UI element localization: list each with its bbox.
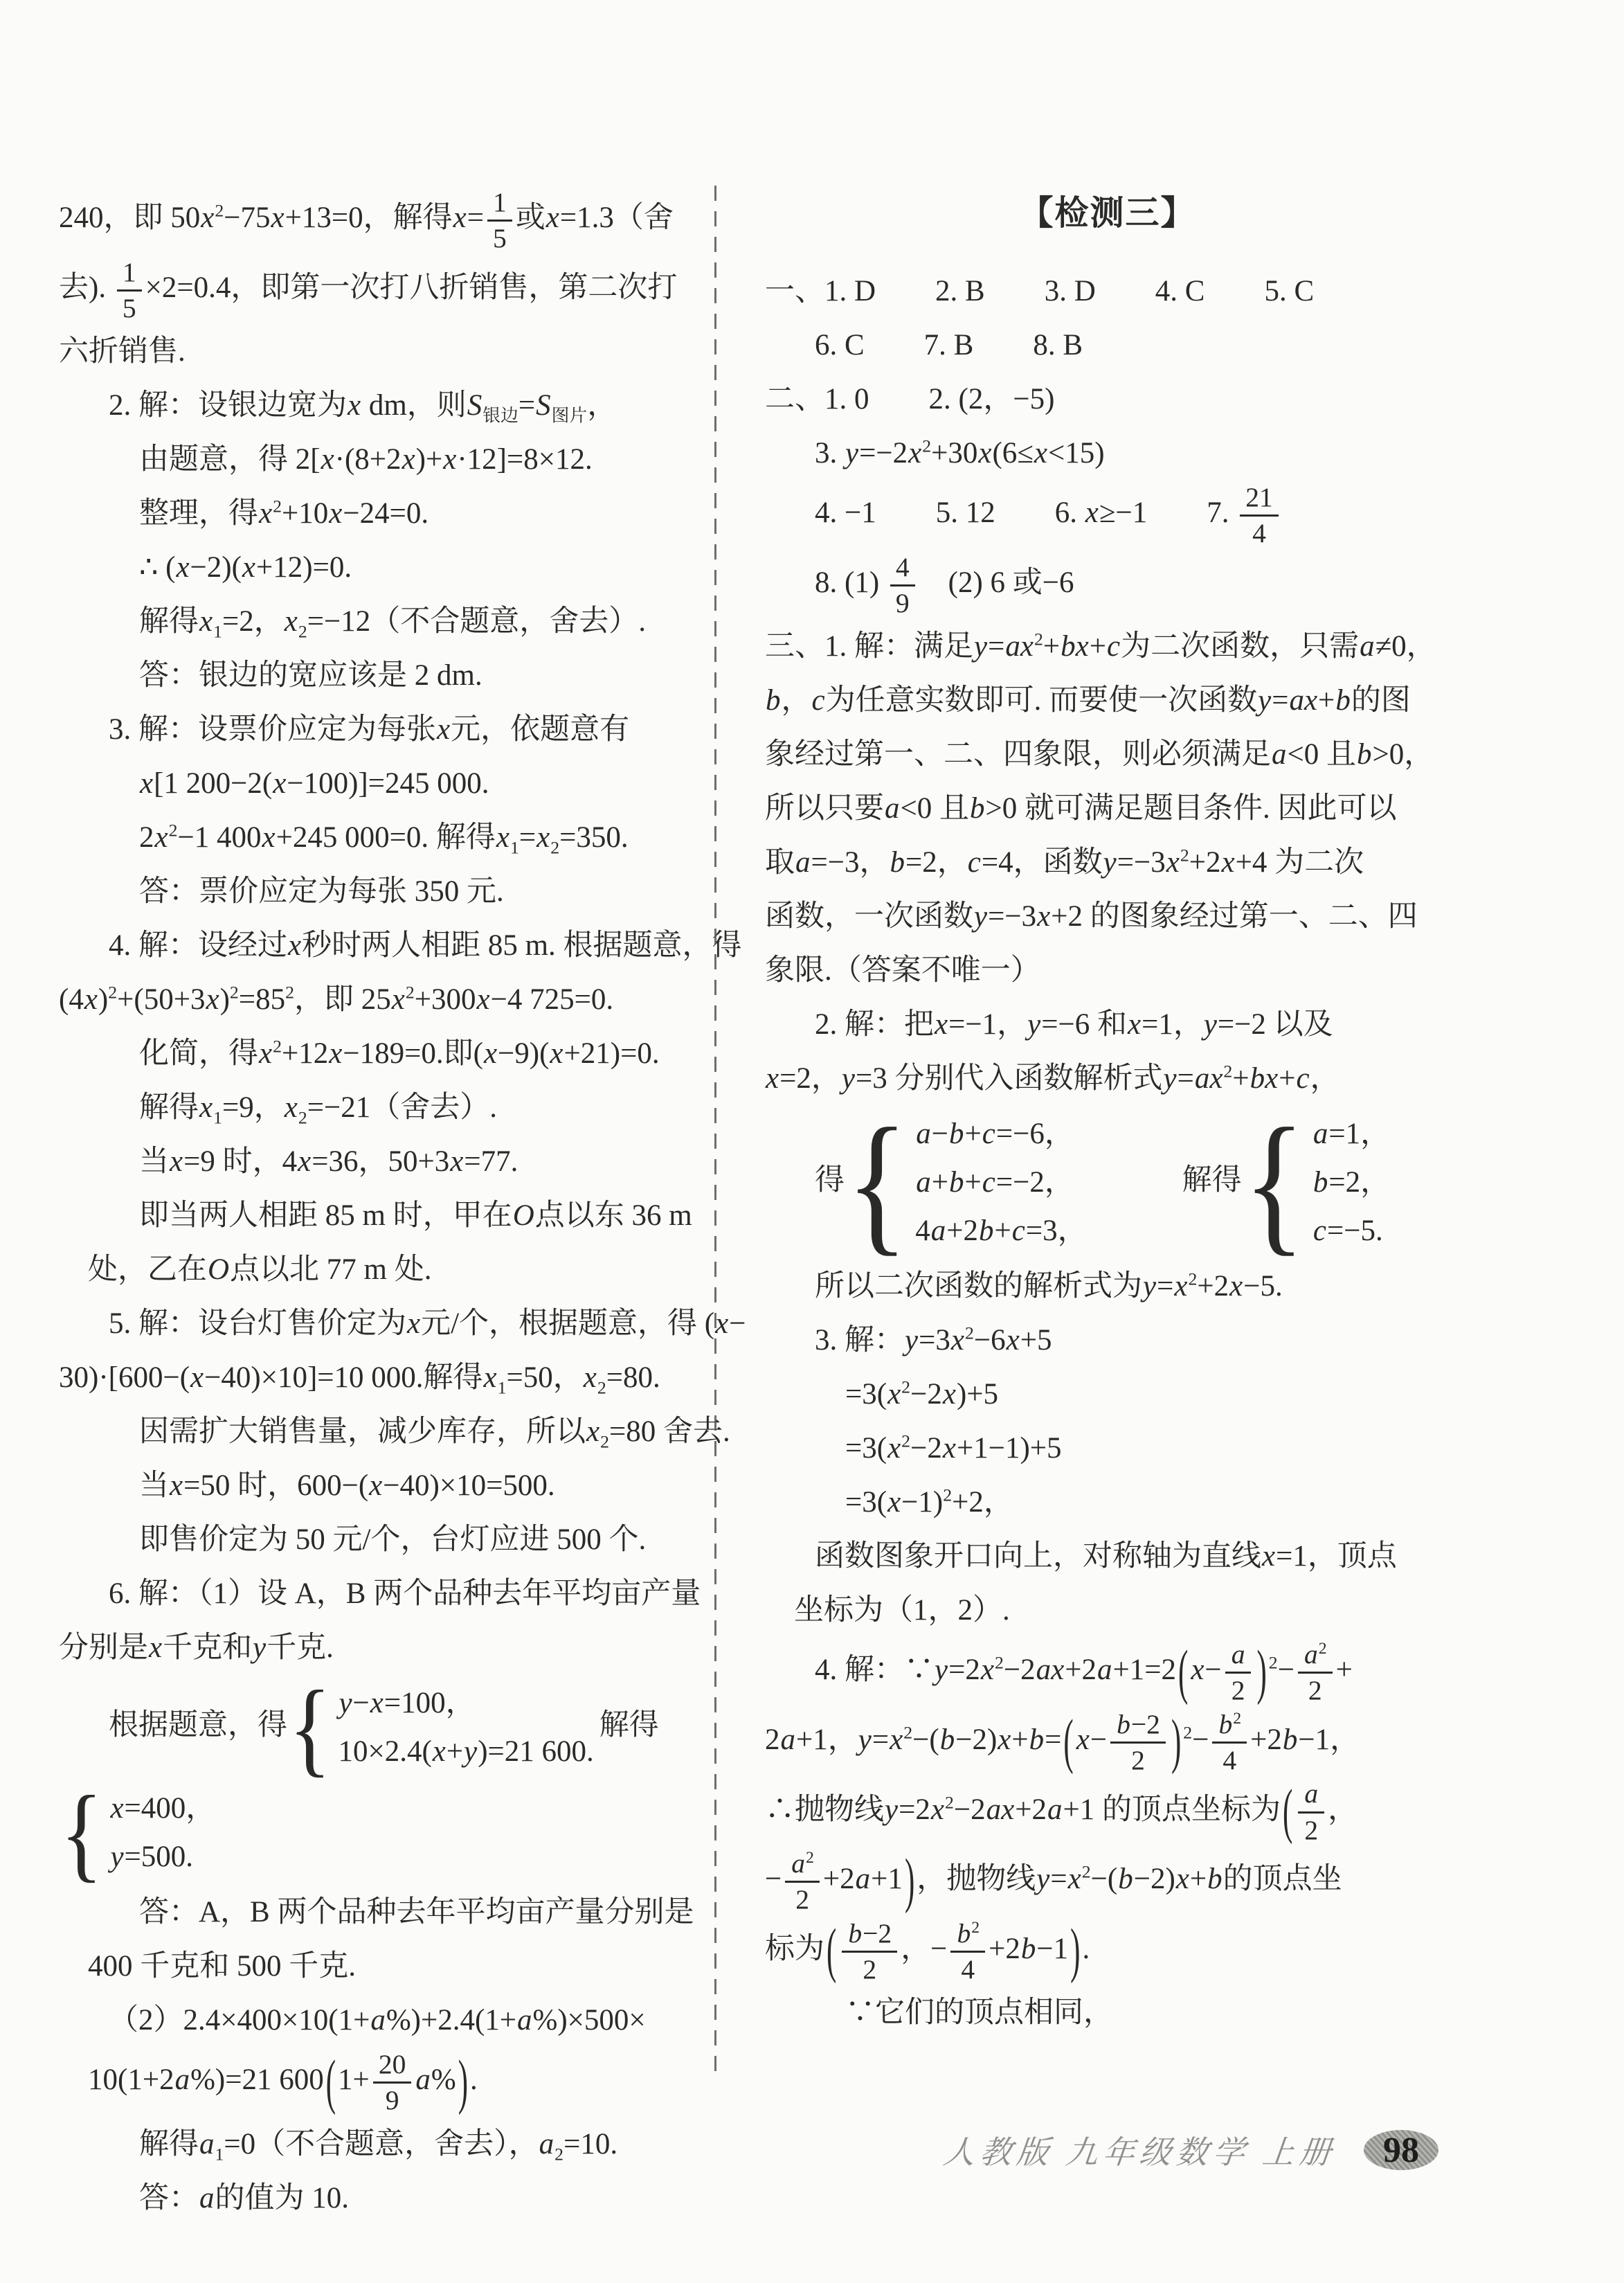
math-variable: x <box>1261 1540 1276 1573</box>
text-line: 一、1. D 2. B 3. D 4. C 5. C <box>765 265 1575 319</box>
system-row: 4a+2b+c=3， <box>915 1207 1087 1255</box>
text-segment: ∴ (x−2)(x+12)=0. <box>139 551 352 584</box>
math-variable: a <box>930 1215 947 1247</box>
text-line: 取a=−3，b=2，c=4，函数y=−3x2+2x+4 为二次 <box>765 836 1575 890</box>
subscript: 1 <box>510 838 519 858</box>
text-segment: x[1 200−2(x−100)]=245 000. <box>139 767 489 800</box>
math-variable: c <box>967 846 982 879</box>
math-variable: x <box>328 497 343 530</box>
superscript: 2 <box>1319 1640 1327 1658</box>
math-variable: y <box>884 1793 899 1826</box>
superscript: 2 <box>901 1377 910 1397</box>
text-line: 8. (1) 49 (2) 6 或−6 <box>815 550 1575 620</box>
math-variable: x <box>1175 1863 1190 1895</box>
text-segment: 解得x1=9，x2=−21（舍去）. <box>139 1091 497 1124</box>
text-segment: 函数图象开口向上，对称轴为直线x=1，顶点 <box>815 1540 1397 1573</box>
text-segment: 得 <box>815 1164 845 1197</box>
math-variable: x <box>432 1735 446 1768</box>
math-variable: a <box>1312 1118 1329 1150</box>
text-segment: 因需扩大销售量，减少库存，所以x2=80 舍去. <box>139 1415 730 1448</box>
math-variable: x <box>347 389 361 422</box>
system-rows: y−x=100，10×2.4(x+y)=21 600. <box>338 1679 593 1776</box>
subscript: 1 <box>213 1108 222 1128</box>
math-variable: x <box>950 1324 965 1357</box>
fraction-denominator: 5 <box>487 222 512 253</box>
math-variable: x <box>368 1469 383 1502</box>
math-variable: ax <box>1288 684 1318 717</box>
math-variable: a <box>780 1724 797 1756</box>
math-variable: x <box>205 983 219 1016</box>
edition-label: 人教版 九年级数学 上册 <box>941 2127 1339 2173</box>
text-line: 2. 解：设银边宽为x dm，则S银边=S图片， <box>109 379 696 433</box>
text-segment: 6. C 7. B 8. B <box>815 329 1083 361</box>
fraction-denominator: 2 <box>785 1883 820 1915</box>
fraction: 15 <box>487 187 512 254</box>
text-segment: 解得x1=2，x2=−12（不合题意，舍去）. <box>139 605 646 638</box>
subscript: 银边 <box>482 406 518 426</box>
subscript: 1 <box>498 1378 507 1398</box>
system-row: x=400， <box>109 1784 215 1833</box>
math-variable: a <box>370 2004 386 2036</box>
text-segment: 化简，得x2+12x−189=0.即(x−9)(x+21)=0. <box>139 1037 660 1070</box>
subscript: 2 <box>298 622 307 642</box>
big-paren: ( <box>824 1897 838 2007</box>
text-segment: =3(x2−2x)+5 <box>845 1378 998 1411</box>
math-variable: x <box>1067 1863 1082 1895</box>
text-segment: 函数，一次函数y=−3x+2 的图象经过第一、二、四 <box>765 900 1418 933</box>
text-line: 象经过第一、二、四象限，则必须满足a<0 且b>0， <box>765 728 1575 782</box>
math-variable: x <box>199 605 213 638</box>
fraction-numerator: a2 <box>785 1848 820 1883</box>
text-segment: 30)·[600−(x−40)×10]=10 000.解得x1=50，x2=80… <box>59 1361 660 1394</box>
system-brace: { <box>846 1116 908 1249</box>
subscript: 1 <box>215 2144 224 2164</box>
math-variable: b <box>1282 1724 1299 1756</box>
big-paren: ) <box>1068 1897 1082 2007</box>
math-variable: x <box>284 605 298 638</box>
text-segment: 6. 解：（1）设 A，B 两个品种去年平均亩产量 <box>109 1577 701 1610</box>
text-line: 函数，一次函数y=−3x+2 的图象经过第一、二、四 <box>765 890 1575 944</box>
math-variable: S <box>467 389 483 422</box>
text-line: 30)·[600−(x−40)×10]=10 000.解得x1=50，x2=80… <box>59 1351 696 1405</box>
text-segment: 2x2−1 400x+245 000=0. 解得x1=x2=350. <box>139 821 629 854</box>
text-segment: 4. −1 5. 12 6. x≥−1 7. 214 <box>815 496 1282 529</box>
math-variable: x <box>199 1091 213 1124</box>
math-variable: x <box>449 1145 464 1178</box>
text-line: 答：票价应定为每张 350 元. <box>139 865 696 919</box>
math-variable: x <box>287 929 302 962</box>
text-segment: 2. 解：设银边宽为x dm，则S银边=S图片， <box>109 389 617 422</box>
fraction-denominator: 2 <box>1110 1744 1166 1775</box>
text-line: 6. C 7. B 8. B <box>815 319 1575 373</box>
superscript: 2 <box>273 1037 282 1057</box>
text-line: (4x)2+(50+3x)2=852，即 25x2+300x−4 725=0. <box>59 973 696 1027</box>
math-variable: a <box>516 2004 533 2036</box>
math-variable: x <box>889 1724 903 1756</box>
page-number: 98 <box>1383 2130 1419 2171</box>
text-line: 10(1+2a%)=21 600(1+209a%). <box>88 2048 696 2118</box>
math-variable: x <box>169 1469 183 1502</box>
math-variable: y <box>1162 1062 1177 1095</box>
math-variable: b <box>1356 738 1373 771</box>
math-variable: y <box>1027 1008 1041 1041</box>
fraction-denominator: 2 <box>1298 1814 1324 1845</box>
fraction-denominator: 9 <box>373 2084 412 2115</box>
text-segment: 3. 解：y=3x2−6x+5 <box>815 1324 1052 1357</box>
text-line: x[1 200−2(x−100)]=245 000. <box>139 757 696 811</box>
text-segment: 根据题意，得 <box>109 1709 287 1742</box>
math-variable: a <box>415 2063 431 2096</box>
math-variable: x <box>549 1037 563 1070</box>
fraction-denominator: 4 <box>1212 1744 1247 1775</box>
text-segment: b，c为任意实数即可. 而要使一次函数y=ax+b的图 <box>765 684 1411 717</box>
text-segment: 去). 15×2=0.4，即第一次打八折销售，第二次打 <box>59 271 677 304</box>
text-segment: 六折销售. <box>59 335 186 368</box>
math-variable: b <box>1117 1863 1134 1895</box>
fraction-denominator: 2 <box>842 1953 897 1985</box>
fraction: a22 <box>785 1848 820 1915</box>
math-variable: b <box>978 1215 995 1247</box>
fraction-numerator: 1 <box>117 257 142 292</box>
right-column-body: 一、1. D 2. B 3. D 4. C 5. C6. C 7. B 8. B… <box>765 265 1575 2040</box>
math-variable: x <box>436 713 451 746</box>
math-variable: y <box>841 1062 856 1095</box>
math-variable: bx <box>1249 1062 1279 1095</box>
equation-system: {y−x=100，10×2.4(x+y)=21 600. <box>289 1679 594 1776</box>
text-segment: 象限.（答案不唯一） <box>765 954 1040 987</box>
equation-system: {a=1，b=2，c=−5. <box>1243 1110 1391 1255</box>
math-variable: x <box>272 767 287 800</box>
math-variable: x <box>1085 496 1099 529</box>
text-segment: 答：银边的宽应该是 2 dm. <box>139 659 482 692</box>
math-variable: x <box>483 1037 498 1070</box>
text-segment: 所以只要a<0 且b>0 就可满足题目条件. 因此可以 <box>765 792 1397 825</box>
big-paren: ) <box>456 2028 470 2139</box>
text-segment: =3(x−1)2+2， <box>845 1486 1013 1519</box>
text-line: 240，即 50x2−75x+13=0，解得x=15或x=1.3（舍 <box>59 186 696 256</box>
text-line: 2a+1，y=x2−(b−2)x+b=(x−b−22)2−b24+2b−1， <box>765 1708 1575 1778</box>
fraction: b−22 <box>1110 1709 1166 1776</box>
math-variable: x <box>391 983 406 1016</box>
fraction-numerator: a <box>1225 1639 1252 1674</box>
text-segment: 三、1. 解：满足y=ax2+bx+c为二次函数，只需a≠0， <box>765 630 1436 663</box>
math-variable: a <box>539 2128 555 2160</box>
math-variable: x <box>476 983 491 1016</box>
math-variable: x <box>190 1361 204 1394</box>
math-variable: y <box>463 1735 478 1768</box>
math-variable: x <box>297 1145 312 1178</box>
math-variable: x <box>765 1062 779 1095</box>
text-segment: 分别是x千克和y千克. <box>59 1631 334 1664</box>
math-variable: c <box>1312 1215 1327 1247</box>
text-line: 根据题意，得{y−x=100，10×2.4(x+y)=21 600.解得 <box>109 1675 696 1780</box>
superscript: 2 <box>230 983 239 1003</box>
math-variable: a <box>915 1166 932 1199</box>
superscript: 2 <box>945 1792 954 1812</box>
superscript: 2 <box>995 1653 1004 1673</box>
text-line: 2. 解：把x=−1，y=−6 和x=1，y=−2 以及 <box>815 998 1575 1052</box>
math-variable: x <box>262 821 276 854</box>
text-line: 分别是x千克和y千克. <box>59 1621 696 1675</box>
text-line: 六折销售. <box>59 325 696 379</box>
page-footer: 人教版 九年级数学 上册 98 <box>944 2127 1438 2173</box>
math-variable: x <box>169 1145 183 1178</box>
system-row: a+b+c=−2， <box>915 1158 1087 1207</box>
equation-system: {x=400，y=500. <box>60 1784 215 1881</box>
math-variable: x <box>887 1486 901 1519</box>
superscript: 2 <box>806 1849 814 1867</box>
math-variable: y <box>338 1687 352 1719</box>
text-line: 由题意，得 2[x·(8+2x)+x·12]=8×12. <box>139 433 696 487</box>
text-line: 4. 解：设经过x秒时两人相距 85 m. 根据题意，得 <box>109 919 696 973</box>
subscript: 图片 <box>552 406 588 426</box>
superscript: 2 <box>901 1431 910 1451</box>
math-variable: x <box>930 1793 945 1826</box>
superscript: 2 <box>971 1918 980 1936</box>
fraction: 15 <box>117 257 142 324</box>
left-column: 240，即 50x2−75x+13=0，解得x=15或x=1.3（舍去). 15… <box>59 186 696 2226</box>
math-variable: x <box>1076 1724 1090 1756</box>
math-variable: a <box>1303 1778 1319 1809</box>
system-brace: { <box>289 1683 331 1773</box>
fraction-numerator: a <box>1298 1778 1324 1813</box>
math-variable: x <box>714 1307 729 1340</box>
text-segment: 解得 <box>1093 1164 1242 1197</box>
math-variable: y <box>1103 846 1117 879</box>
fraction-numerator: 1 <box>487 187 512 222</box>
system-rows: x=400，y=500. <box>109 1784 215 1881</box>
text-segment: 8. (1) 49 (2) 6 或−6 <box>815 566 1074 599</box>
math-variable: x <box>453 202 467 234</box>
page-number-badge: 98 <box>1364 2130 1438 2170</box>
math-variable: ax <box>986 1793 1016 1826</box>
text-line: 答：A，B 两个品种去年平均亩产量分别是 <box>139 1886 696 1940</box>
system-brace: { <box>60 1788 102 1879</box>
math-variable: x <box>583 1361 597 1394</box>
fraction: b−22 <box>842 1918 897 1985</box>
math-variable: x <box>258 497 273 530</box>
text-segment: 当x=9 时，4x=36，50+3x=77. <box>139 1145 518 1178</box>
math-variable: x <box>1173 1270 1188 1302</box>
text-segment: 解得 <box>599 1709 659 1742</box>
text-line: 函数图象开口向上，对称轴为直线x=1，顶点 <box>815 1530 1575 1584</box>
system-row: y=500. <box>109 1833 215 1881</box>
text-segment: 整理，得x2+10x−24=0. <box>139 497 428 530</box>
math-variable: x <box>1127 1008 1142 1041</box>
text-line: 处，乙在O点以北 77 m 处. <box>88 1243 696 1297</box>
text-line: 400 千克和 500 千克. <box>88 1940 696 1994</box>
fraction-numerator: 20 <box>373 2049 412 2084</box>
text-line: 标为(b−22，−b24+2b−1). <box>765 1917 1575 1987</box>
math-variable: y <box>934 1654 948 1686</box>
math-variable: ax <box>1036 1654 1065 1686</box>
math-variable: y <box>973 630 988 663</box>
text-segment: 4. 解：∵y=2x2−2ax+2a+1=2(x−a2)2−a22+ <box>815 1654 1353 1686</box>
text-line: 解得x1=9，x2=−21（舍去）. <box>139 1081 696 1135</box>
math-variable: x <box>1190 1654 1205 1686</box>
system-row: a−b+c=−6， <box>915 1110 1087 1158</box>
math-variable: a <box>199 2128 215 2160</box>
superscript: 2 <box>903 1723 912 1743</box>
superscript: 2 <box>108 983 117 1003</box>
text-segment: 由题意，得 2[x·(8+2x)+x·12]=8×12. <box>139 443 593 476</box>
text-segment: 即当两人相距 85 m 时，甲在O点以东 36 m <box>139 1199 692 1232</box>
text-segment: 3. 解：设票价应定为每张x元，依题意有 <box>109 713 629 746</box>
subscript: 2 <box>554 2144 563 2164</box>
text-line: 象限.（答案不唯一） <box>765 944 1575 998</box>
text-line: （2）2.4×400×10(1+a%)+2.4(1+a%)×500× <box>109 1994 696 2048</box>
subscript: 2 <box>550 838 559 858</box>
right-column: 【检测三】 一、1. D 2. B 3. D 4. C 5. C6. C 7. … <box>765 186 1575 2040</box>
math-variable: x <box>980 1654 995 1686</box>
column-divider <box>714 186 716 2072</box>
math-variable: y <box>858 1724 872 1756</box>
superscript: 2 <box>965 1323 974 1343</box>
system-row: 10×2.4(x+y)=21 600. <box>338 1728 593 1776</box>
math-variable: a <box>174 2063 191 2096</box>
math-variable: a <box>1303 1639 1319 1669</box>
math-variable: b <box>1020 1933 1037 1965</box>
math-variable: x <box>887 1378 901 1411</box>
fraction-denominator: 4 <box>1240 517 1279 548</box>
math-variable: c <box>811 684 826 717</box>
text-line: 答：银边的宽应该是 2 dm. <box>139 649 696 703</box>
text-segment: x=2，y=3 分别代入函数解析式y=ax2+bx+c， <box>765 1062 1340 1095</box>
system-brace: { <box>1243 1116 1306 1249</box>
text-line: =3(x−1)2+2， <box>845 1476 1575 1530</box>
math-variable: b <box>939 1724 956 1756</box>
math-variable: x <box>545 202 560 234</box>
math-variable: x <box>977 437 992 469</box>
system-row: c=−5. <box>1312 1207 1390 1255</box>
fraction: b24 <box>1212 1709 1247 1776</box>
big-paren: ) <box>1254 1618 1268 1729</box>
math-variable: c <box>1011 1215 1026 1247</box>
text-segment: (4x)2+(50+3x)2=852，即 25x2+300x−4 725=0. <box>59 983 613 1016</box>
text-line: 化简，得x2+12x−189=0.即(x−9)(x+21)=0. <box>139 1027 696 1081</box>
text-segment: 答：a的值为 10. <box>139 2182 349 2214</box>
superscript: 2 <box>1082 1862 1091 1882</box>
fraction-numerator: b−2 <box>1110 1709 1166 1744</box>
math-variable: b <box>1116 1709 1131 1739</box>
text-segment: 4. 解：设经过x秒时两人相距 85 m. 根据题意，得 <box>109 929 742 962</box>
math-variable: x <box>1221 846 1236 879</box>
system-rows: a=1，b=2，c=−5. <box>1312 1110 1390 1255</box>
superscript: 2 <box>169 821 178 841</box>
text-line: 即当两人相距 85 m 时，甲在O点以东 36 m <box>139 1189 696 1243</box>
text-segment: 处，乙在O点以北 77 m 处. <box>88 1253 432 1286</box>
math-variable: c <box>982 1118 996 1150</box>
fraction-denominator: 5 <box>117 292 142 323</box>
math-variable: a <box>795 846 811 879</box>
text-segment: 2. 解：把x=−1，y=−6 和x=1，y=−2 以及 <box>815 1008 1333 1041</box>
math-variable: x <box>496 821 510 854</box>
math-variable: b <box>1207 1863 1223 1895</box>
text-line: 因需扩大销售量，减少库存，所以x2=80 舍去. <box>139 1405 696 1459</box>
math-variable: x <box>997 1724 1011 1756</box>
math-variable: a <box>915 1118 932 1150</box>
system-row: b=2， <box>1312 1158 1390 1207</box>
equation-system: {a−b+c=−6，a+b+c=−2，4a+2b+c=3， <box>846 1110 1088 1255</box>
section-title: 【检测三】 <box>765 186 1450 241</box>
math-variable: x <box>1036 900 1051 933</box>
text-segment: =3(x2−2x+1−1)+5 <box>845 1432 1062 1465</box>
subscript: 2 <box>600 1432 609 1452</box>
math-variable: b <box>956 1918 971 1949</box>
text-line: 3. 解：设票价应定为每张x元，依题意有 <box>109 703 696 757</box>
fraction: a2 <box>1225 1639 1252 1706</box>
text-segment: 5. 解：设台灯售价定为x元/个，根据题意，得 (x− <box>109 1307 746 1340</box>
math-variable: x <box>370 1687 384 1719</box>
system-row: a=1， <box>1312 1110 1390 1158</box>
text-line: ∴ (x−2)(x+12)=0. <box>139 541 696 595</box>
text-line: 即售价定为 50 元/个，台灯应进 500 个. <box>139 1513 696 1567</box>
math-variable: b <box>765 684 782 717</box>
big-paren: ( <box>1061 1687 1075 1798</box>
text-segment: 10(1+2a%)=21 600(1+209a%). <box>88 2063 478 2096</box>
superscript: 2 <box>1269 1653 1278 1673</box>
math-variable: x <box>175 551 190 584</box>
math-variable: x <box>200 202 215 234</box>
text-line: 4. −1 5. 12 6. x≥−1 7. 214 <box>815 481 1575 550</box>
math-variable: x <box>536 821 550 854</box>
math-variable: b <box>1335 684 1351 717</box>
text-line: 5. 解：设台灯售价定为x元/个，根据题意，得 (x− <box>109 1297 696 1351</box>
math-variable: a <box>791 1848 806 1879</box>
superscript: 2 <box>1223 1062 1232 1082</box>
math-variable: x <box>1229 1270 1243 1302</box>
math-variable: x <box>109 1792 124 1825</box>
math-variable: b <box>948 1166 965 1199</box>
math-variable: a <box>855 1863 872 1895</box>
text-segment: 3. y=−2x2+30x(6≤x<15) <box>815 437 1105 469</box>
fraction-numerator: a2 <box>1298 1639 1333 1674</box>
math-variable: x <box>271 202 285 234</box>
text-segment: 象经过第一、二、四象限，则必须满足a<0 且b>0， <box>765 738 1434 771</box>
fraction: 209 <box>373 2049 412 2116</box>
fraction-numerator: b2 <box>1212 1709 1247 1744</box>
text-line: 整理，得x2+10x−24=0. <box>139 487 696 541</box>
math-variable: y <box>252 1631 267 1664</box>
text-line: 二、1. 0 2. (2，−5) <box>765 373 1575 427</box>
text-segment: 坐标为（1，2）. <box>794 1594 1010 1627</box>
text-line: 当x=50 时，600−(x−40)×10=500. <box>139 1459 696 1513</box>
math-variable: x <box>934 1008 948 1041</box>
text-line: 所以只要a<0 且b>0 就可满足题目条件. 因此可以 <box>765 782 1575 836</box>
math-variable: y <box>1142 1270 1157 1302</box>
math-variable: x <box>154 821 169 854</box>
math-variable: y <box>1203 1008 1218 1041</box>
subscript: 2 <box>298 1108 307 1128</box>
fraction-denominator: 2 <box>1225 1674 1252 1705</box>
system-rows: a−b+c=−6，a+b+c=−2，4a+2b+c=3， <box>915 1110 1087 1255</box>
math-variable: b <box>1029 1724 1045 1756</box>
text-segment: 标为(b−22，−b24+2b−1). <box>765 1933 1090 1965</box>
superscript: 2 <box>1034 629 1043 650</box>
text-segment: −a22+2a+1)，抛物线y=x2−(b−2)x+b的顶点坐 <box>765 1863 1342 1895</box>
math-variable: y <box>973 900 988 933</box>
math-variable: c <box>982 1166 996 1199</box>
math-variable: b <box>969 792 986 825</box>
fraction-numerator: 4 <box>890 552 915 587</box>
text-segment: 240，即 50x2−75x+13=0，解得x=15或x=1.3（舍 <box>59 202 674 234</box>
text-segment: 2a+1，y=x2−(b−2)x+b=(x−b−22)2−b24+2b−1， <box>765 1724 1360 1756</box>
math-variable: a <box>1231 1639 1246 1669</box>
math-variable: x <box>242 551 256 584</box>
fraction-numerator: 21 <box>1240 482 1279 517</box>
text-segment: 二、1. 0 2. (2，−5) <box>765 383 1054 415</box>
fraction: b24 <box>950 1918 985 1985</box>
